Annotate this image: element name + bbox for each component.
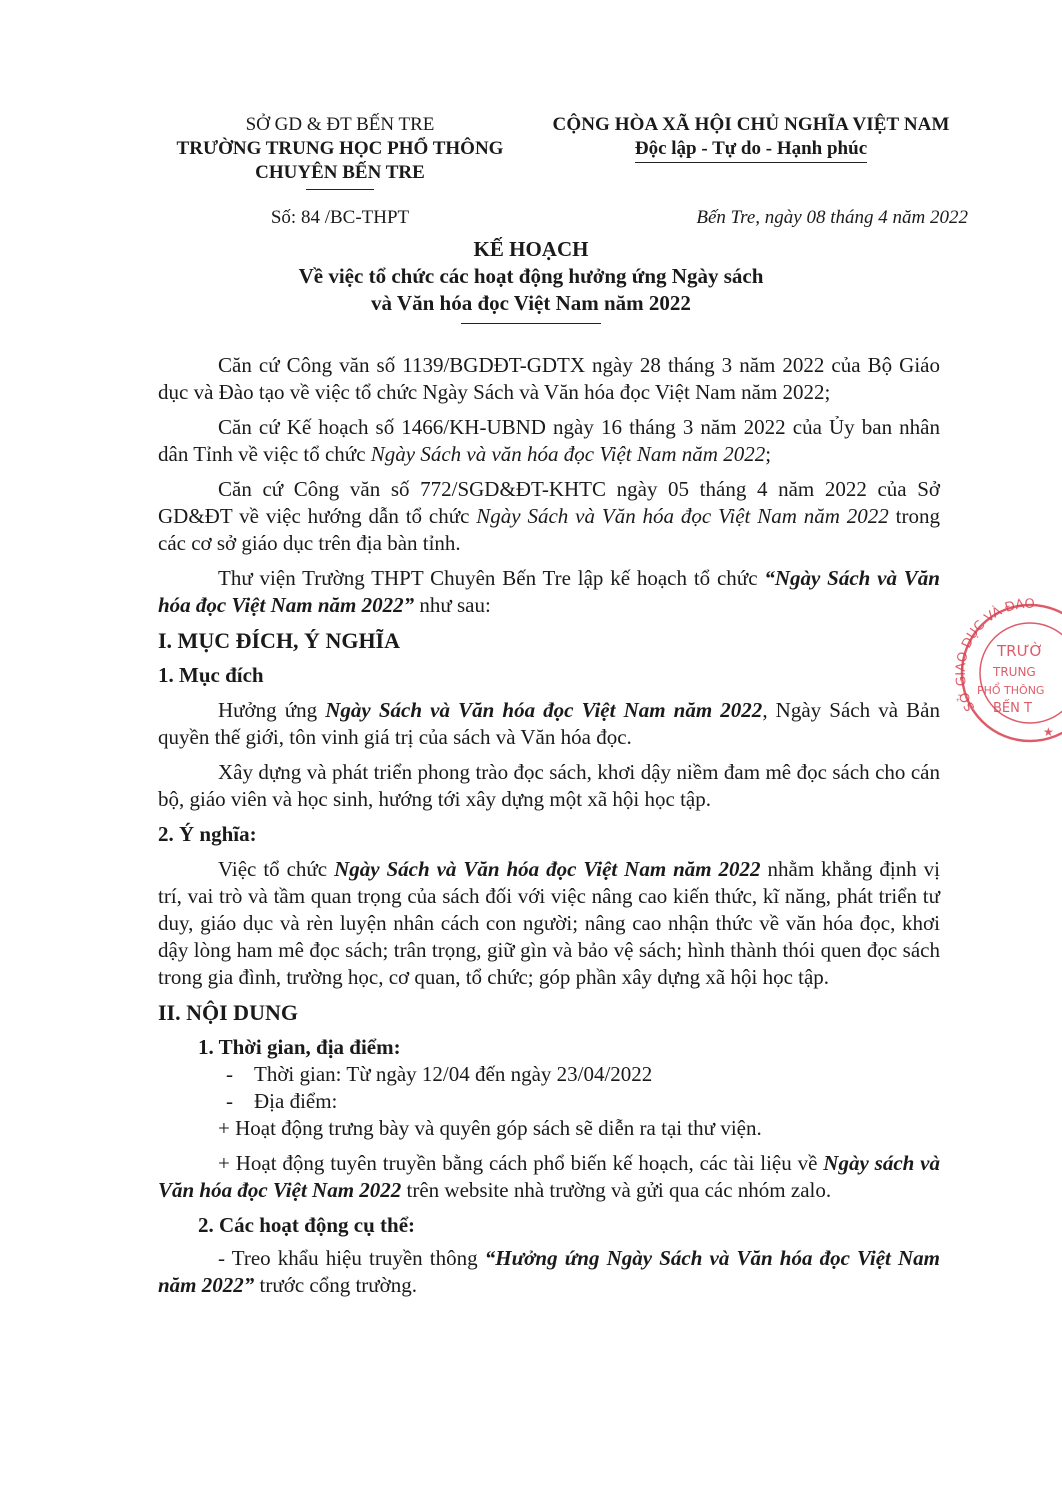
document-date: Bến Tre, ngày 08 tháng 4 năm 2022 xyxy=(696,207,968,229)
meaning-paragraph: Việc tổ chức Ngày Sách và Văn hóa đọc Vi… xyxy=(158,856,940,991)
section-2-1-heading: 1. Thời gian, địa điểm: xyxy=(158,1034,940,1061)
agency-school-line2: CHUYÊN BẾN TRE xyxy=(160,161,520,185)
agency-school-line1: TRƯỜNG TRUNG HỌC PHỔ THÔNG xyxy=(160,137,520,161)
national-motto-block: CỘNG HÒA XÃ HỘI CHỦ NGHĨA VIỆT NAM Độc l… xyxy=(520,113,982,163)
time-item: Thời gian: Từ ngày 12/04 đến ngày 23/04/… xyxy=(158,1061,940,1088)
preamble-paragraph-4: Thư viện Trường THPT Chuyên Bến Tre lập … xyxy=(158,565,940,619)
place-sub-item-1: + Hoạt động trưng bày và quyên góp sách … xyxy=(158,1115,940,1142)
national-title: CỘNG HÒA XÃ HỘI CHỦ NGHĨA VIỆT NAM xyxy=(520,113,982,137)
document-title: KẾ HOẠCH xyxy=(0,236,1062,263)
svg-text:PHỔ THÔNG: PHỔ THÔNG xyxy=(977,682,1044,697)
section-2-2-heading: 2. Các hoạt động cụ thể: xyxy=(158,1212,940,1239)
agency-department: SỞ GD & ĐT BẾN TRE xyxy=(160,113,520,137)
place-sub-item-2: + Hoạt động tuyên truyền bằng cách phổ b… xyxy=(158,1150,940,1204)
svg-text:TRUNG: TRUNG xyxy=(992,665,1036,679)
preamble-paragraph-1: Căn cứ Công văn số 1139/BGDĐT-GDTX ngày … xyxy=(158,352,940,406)
document-subtitle-line2: và Văn hóa đọc Việt Nam năm 2022 xyxy=(0,290,1062,317)
section-2-heading: II. NỘI DUNG xyxy=(158,999,940,1026)
preamble-paragraph-3: Căn cứ Công văn số 772/SGD&ĐT-KHTC ngày … xyxy=(158,476,940,557)
document-body: Căn cứ Công văn số 1139/BGDĐT-GDTX ngày … xyxy=(158,352,940,1307)
document-title-block: KẾ HOẠCH Về việc tổ chức các hoạt động h… xyxy=(0,236,1062,324)
official-seal-icon: SỞ GIÁO DỤC VÀ ĐÀO TRƯỜ TRUNG PHỔ THÔNG … xyxy=(955,598,1062,748)
svg-text:BẾN T: BẾN T xyxy=(993,699,1032,716)
section-1-1-heading: 1. Mục đích xyxy=(158,662,940,689)
svg-text:TRƯỜ: TRƯỜ xyxy=(996,641,1043,660)
agency-divider xyxy=(306,189,374,190)
title-divider xyxy=(461,323,601,324)
purpose-paragraph-1: Hưởng ứng Ngày Sách và Văn hóa đọc Việt … xyxy=(158,697,940,751)
purpose-paragraph-2: Xây dựng và phát triển phong trào đọc sá… xyxy=(158,759,940,813)
section-1-heading: I. MỤC ĐÍCH, Ý NGHĨA xyxy=(158,627,940,654)
section-1-2-heading: 2. Ý nghĩa: xyxy=(158,821,940,848)
preamble-paragraph-2: Căn cứ Kế hoạch số 1466/KH-UBND ngày 16 … xyxy=(158,414,940,468)
issuing-agency-block: SỞ GD & ĐT BẾN TRE TRƯỜNG TRUNG HỌC PHỔ … xyxy=(160,113,520,230)
national-motto: Độc lập - Tự do - Hạnh phúc xyxy=(635,137,867,163)
place-item: Địa điểm: xyxy=(158,1088,940,1115)
document-subtitle-line1: Về việc tổ chức các hoạt động hưởng ứng … xyxy=(0,263,1062,290)
document-number: Số: 84 /BC-THPT xyxy=(160,206,520,230)
activity-item-1: - Treo khẩu hiệu truyền thông “Hưởng ứng… xyxy=(158,1245,940,1299)
svg-text:★: ★ xyxy=(1043,725,1054,739)
